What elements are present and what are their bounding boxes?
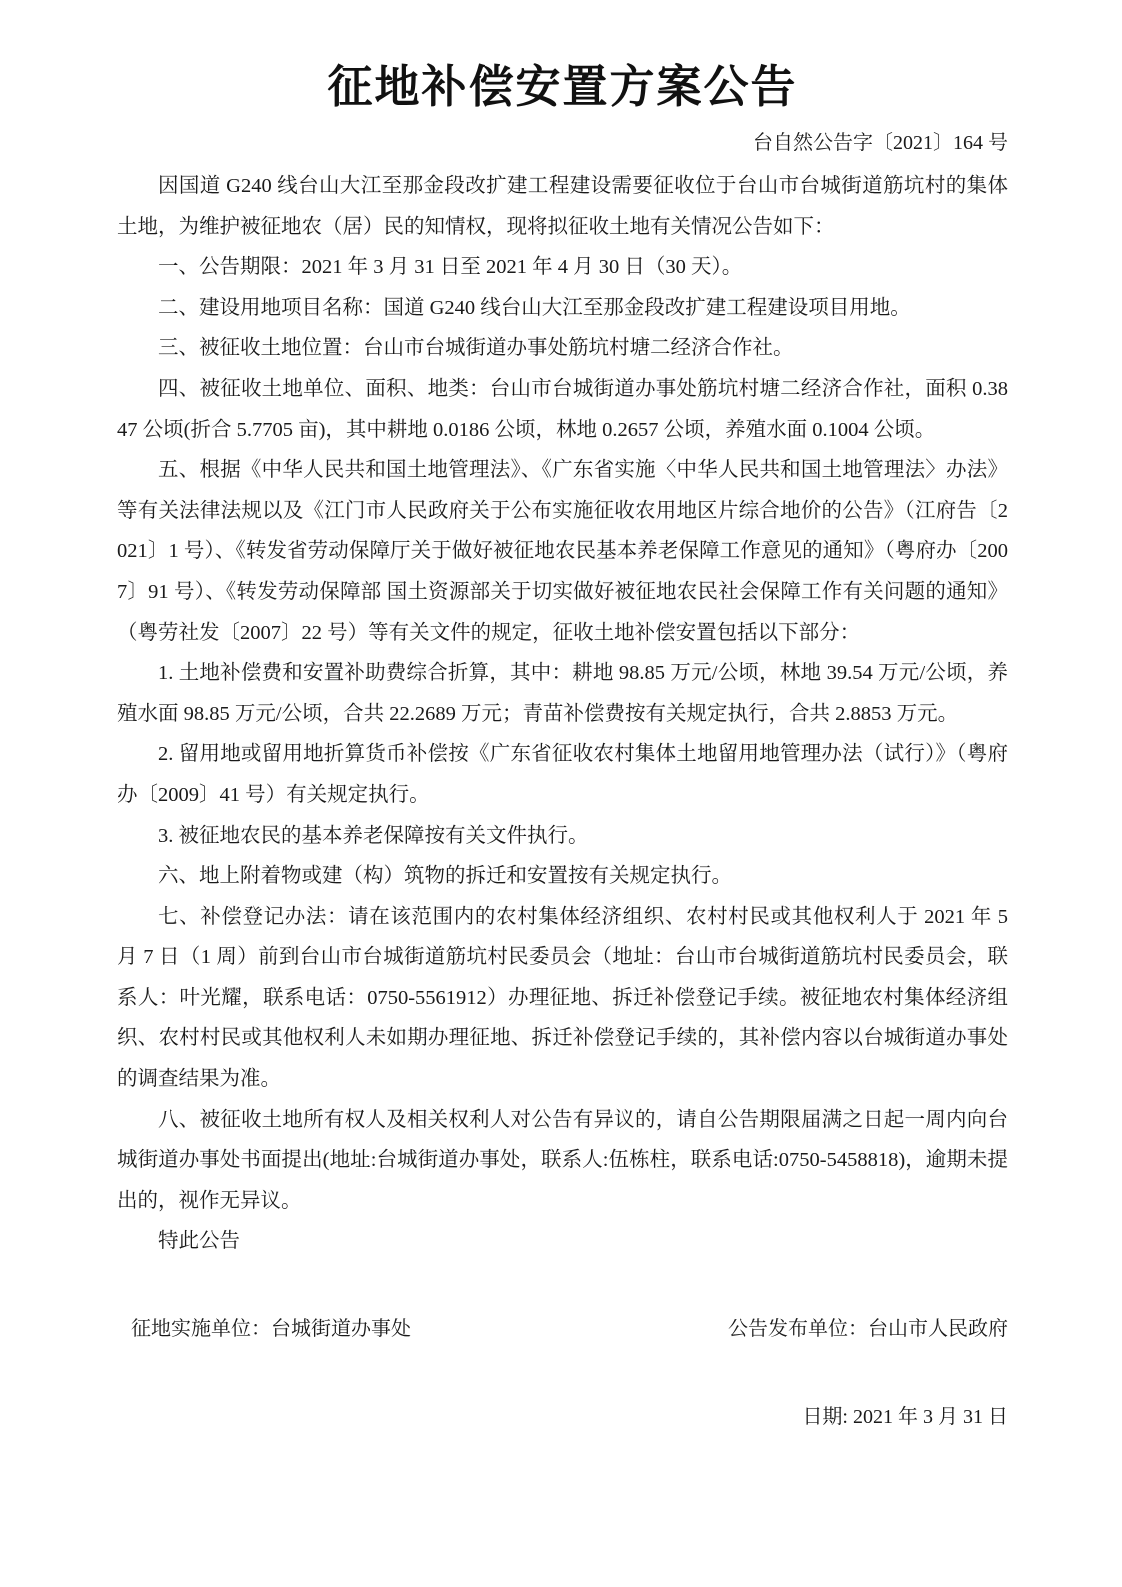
item-1-notice-period: 一、公告期限：2021 年 3 月 31 日至 2021 年 4 月 30 日（…	[117, 247, 1008, 288]
date-line: 日期: 2021 年 3 月 31 日	[117, 1404, 1008, 1430]
announcement-page: 征地补偿安置方案公告 台自然公告字〔2021〕164 号 因国道 G240 线台…	[0, 0, 1122, 1587]
item-8-objection: 八、被征收土地所有权人及相关权利人对公告有异议的，请自公告期限届满之日起一周内向…	[117, 1100, 1008, 1222]
item-6-attachments: 六、地上附着物或建（构）筑物的拆迁和安置按有关规定执行。	[117, 856, 1008, 897]
document-title: 征地补偿安置方案公告	[117, 58, 1008, 116]
item-5-sub-2-reserved-land: 2. 留用地或留用地折算货币补偿按《广东省征收农村集体土地留用地管理办法（试行）…	[117, 734, 1008, 815]
item-4-land-details: 四、被征收土地单位、面积、地类：台山市台城街道办事处筋坑村塘二经济合作社，面积 …	[117, 369, 1008, 450]
item-5-legal-basis: 五、根据《中华人民共和国土地管理法》、《广东省实施〈中华人民共和国土地管理法〉办…	[117, 450, 1008, 653]
item-2-project-name: 二、建设用地项目名称：国道 G240 线台山大江至那金段改扩建工程建设项目用地。	[117, 288, 1008, 329]
item-3-land-location: 三、被征收土地位置：台山市台城街道办事处筋坑村塘二经济合作社。	[117, 328, 1008, 369]
document-body: 因国道 G240 线台山大江至那金段改扩建工程建设需要征收位于台山市台城街道筋坑…	[117, 166, 1008, 1262]
item-5-sub-1-compensation: 1. 土地补偿费和安置补助费综合折算，其中：耕地 98.85 万元/公顷，林地 …	[117, 653, 1008, 734]
publishing-unit: 公告发布单位：台山市人民政府	[728, 1316, 1008, 1342]
implementing-unit: 征地实施单位：台城街道办事处	[131, 1316, 411, 1342]
closing-line: 特此公告	[117, 1221, 1008, 1262]
doc-number: 台自然公告字〔2021〕164 号	[117, 130, 1008, 156]
page-content: 征地补偿安置方案公告 台自然公告字〔2021〕164 号 因国道 G240 线台…	[117, 58, 1008, 1430]
signature-row: 征地实施单位：台城街道办事处 公告发布单位：台山市人民政府	[117, 1316, 1008, 1342]
item-7-registration: 七、补偿登记办法：请在该范围内的农村集体经济组织、农村村民或其他权利人于 202…	[117, 897, 1008, 1100]
intro-paragraph: 因国道 G240 线台山大江至那金段改扩建工程建设需要征收位于台山市台城街道筋坑…	[117, 166, 1008, 247]
item-5-sub-3-pension: 3. 被征地农民的基本养老保障按有关文件执行。	[117, 816, 1008, 857]
